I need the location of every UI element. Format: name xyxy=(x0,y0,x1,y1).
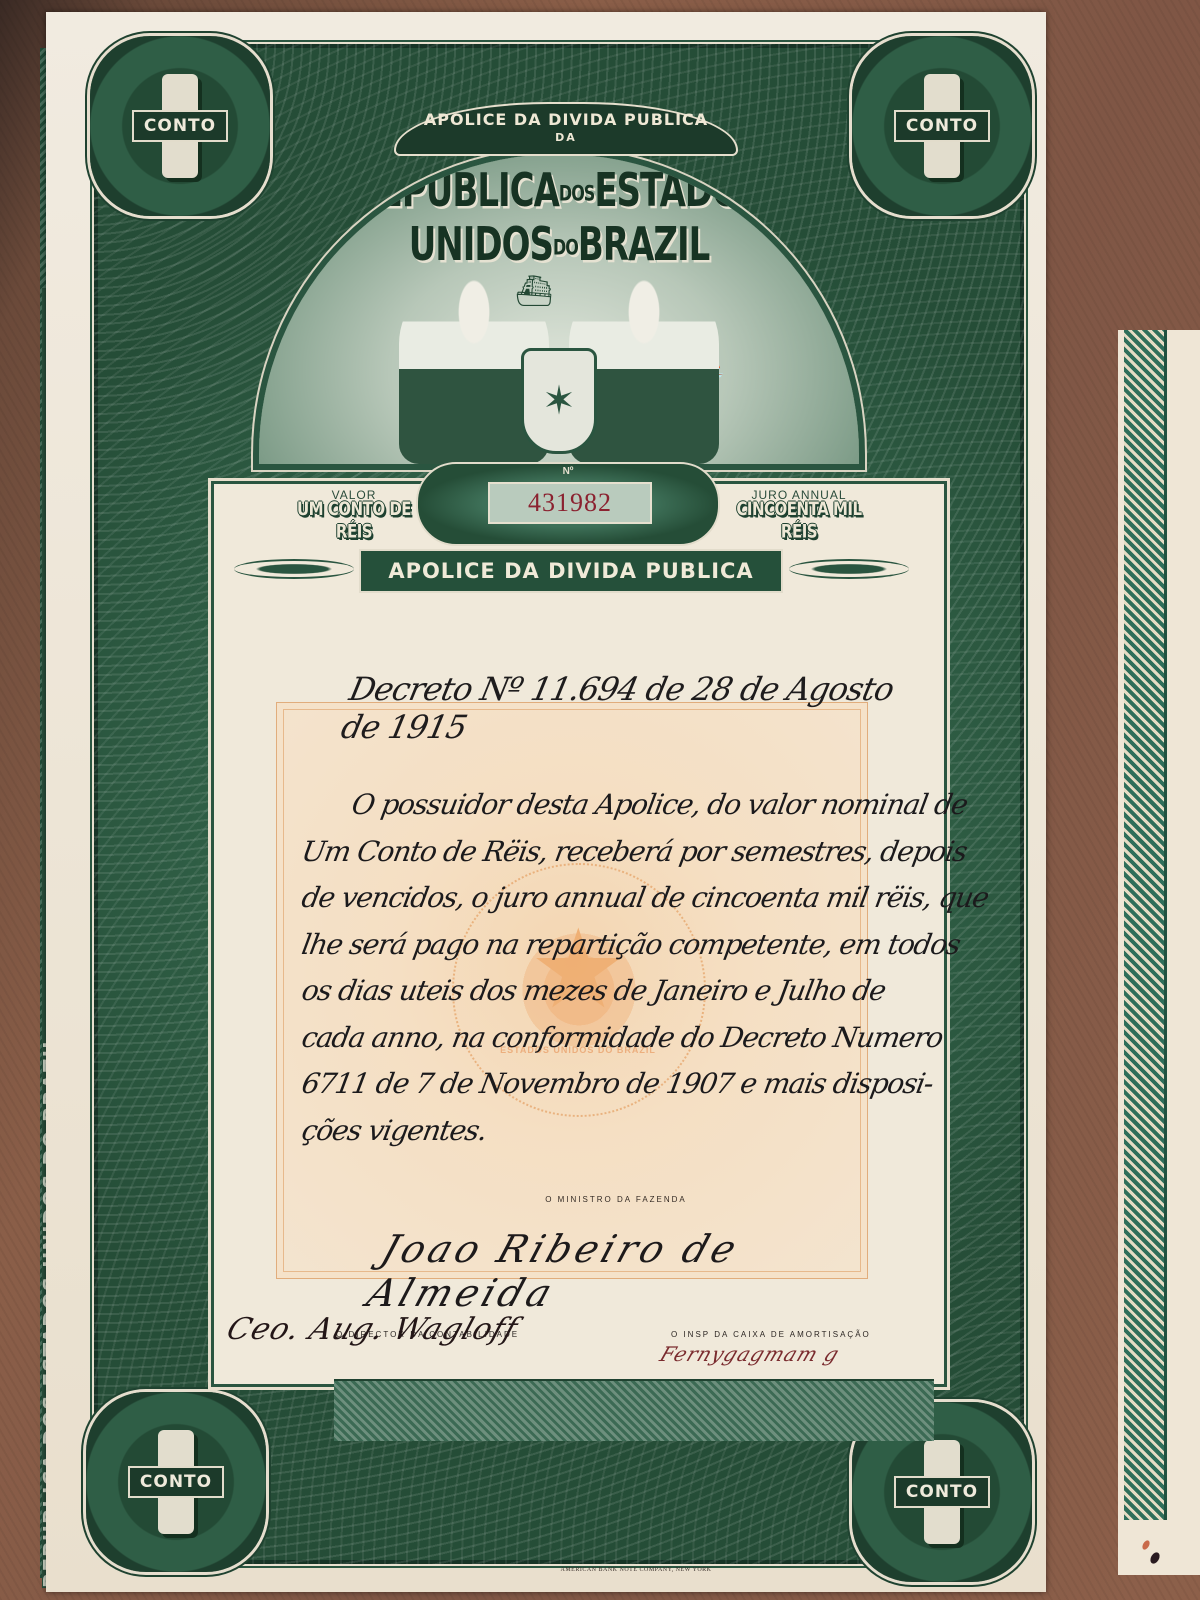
decree-line: Decreto Nº 11.694 de 28 de Agosto de 191… xyxy=(338,670,914,746)
ink-stain xyxy=(1135,1540,1165,1570)
denomination-label: CONTO xyxy=(128,1466,224,1498)
flourish-ornament-right xyxy=(789,559,909,579)
corner-denomination-bottom-left: CONTO xyxy=(86,1392,266,1572)
serial-number: 431982 xyxy=(488,482,652,524)
header-banner-line2: DA xyxy=(396,131,736,144)
body-line: 6711 de 7 de Novembro de 1907 e mais dis… xyxy=(298,1061,926,1108)
body-line: lhe será pago na repartição competente, … xyxy=(298,922,926,969)
body-line: O possuidor desta Apolice, do valor nomi… xyxy=(298,782,926,829)
denomination-label: CONTO xyxy=(894,1476,990,1508)
body-line: cada anno, na conformidade do Decreto Nu… xyxy=(298,1015,926,1062)
bond-certificate: CONTO CONTO CONTO CONTO REPUBLICADOSESTA… xyxy=(46,12,1046,1592)
title-dos: DOS xyxy=(559,180,594,206)
body-line: os dias uteis dos mezes de Janeiro e Jul… xyxy=(298,968,926,1015)
director-signature: Ceo. Aug. Wagloff xyxy=(222,1312,593,1347)
interest-block: JURO ANNUAL CINCOENTA MIL RÉIS xyxy=(724,488,874,538)
minister-signature: Joao Ribeiro de Almeida xyxy=(362,1227,871,1315)
inspector-label: O INSP DA CAIXA DE AMORTISAÇÃO xyxy=(671,1330,871,1339)
coat-of-arms-shield-icon: ✶ xyxy=(521,348,597,454)
adjacent-certificate-border xyxy=(1124,330,1167,1520)
title-brazil: BRAZIL xyxy=(578,218,709,272)
denomination-label: CONTO xyxy=(894,110,990,142)
title-do: DO xyxy=(553,234,578,260)
minister-label: O MINISTRO DA FAZENDA xyxy=(486,1195,746,1204)
denomination-label: CONTO xyxy=(132,110,228,142)
header-arch-banner: APOLICE DA DIVIDA PUBLICA DA xyxy=(394,102,738,156)
bond-body-text: O possuidor desta Apolice, do valor nomi… xyxy=(302,782,922,1154)
face-value-amount: UM CONTO DE RÉIS xyxy=(279,498,429,543)
serial-prefix: Nº xyxy=(548,466,588,480)
corner-denomination-top-right: CONTO xyxy=(852,36,1032,216)
adjacent-certificate-right xyxy=(1118,330,1200,1575)
bottom-guilloche-band xyxy=(334,1379,934,1441)
republic-title: REPUBLICADOSESTADOS UNIDOSDOBRAZIL xyxy=(259,164,859,272)
body-line: Um Conto de Rëis, receberá por semestres… xyxy=(298,829,926,876)
corner-denomination-top-left: CONTO xyxy=(90,36,270,216)
interest-amount: CINCOENTA MIL RÉIS xyxy=(724,498,874,543)
face-value-block: VALOR UM CONTO DE RÉIS xyxy=(279,488,429,538)
main-title-banner: APOLICE DA DIVIDA PUBLICA xyxy=(359,549,783,593)
serial-number-plate: Nº 431982 xyxy=(416,462,720,546)
allegorical-vignette: REPUBLICADOSESTADOS UNIDOSDOBRAZIL ⛴ ⛵ ✶ xyxy=(259,154,859,464)
flourish-ornament-left xyxy=(234,559,354,579)
header-banner-line1: APOLICE DA DIVIDA PUBLICA xyxy=(396,104,736,129)
body-line: ções vigentes. xyxy=(298,1108,926,1155)
title-republica: REPUBLICA xyxy=(354,164,558,218)
printer-imprint: AMERICAN BANK NOTE COMPANY, NEW YORK xyxy=(536,1567,736,1573)
inspector-signature: Fernygagmam g xyxy=(657,1342,896,1366)
body-line: de vencidos, o juro annual de cincoenta … xyxy=(298,875,926,922)
